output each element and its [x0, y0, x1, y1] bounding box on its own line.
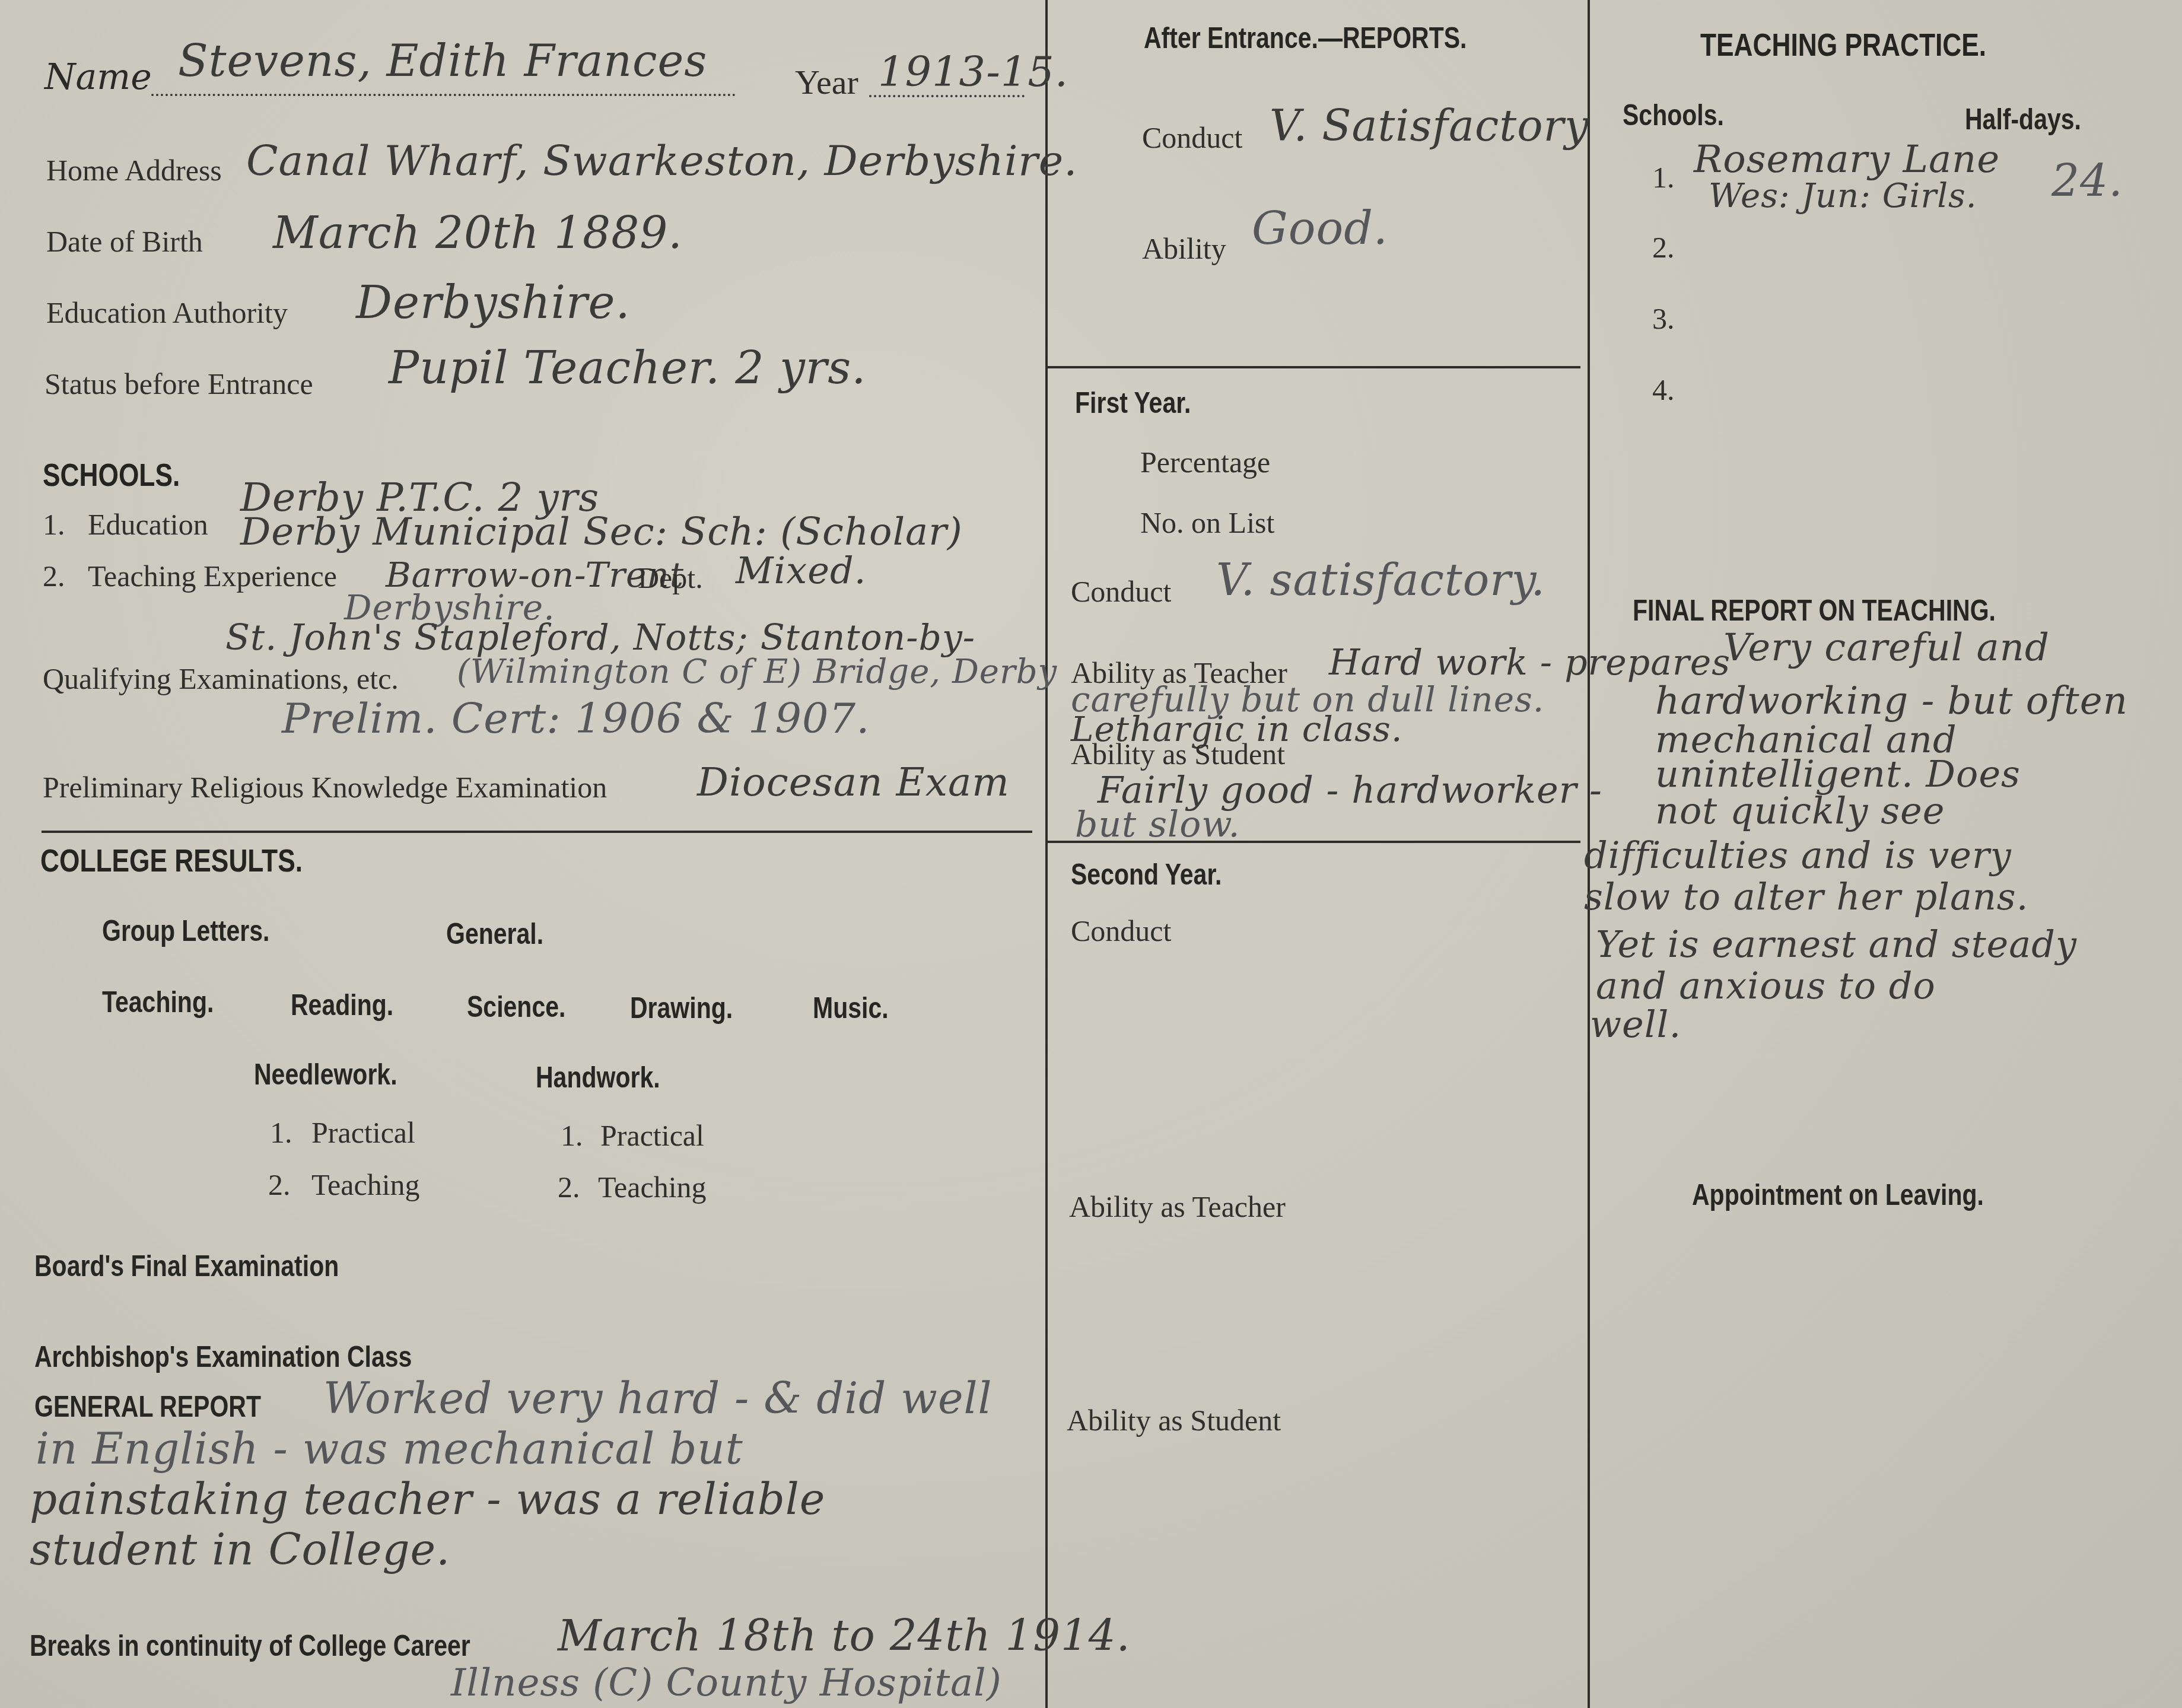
practice-row-1-num: 1. — [1652, 160, 1675, 195]
divider-middle-first-year — [1047, 366, 1580, 368]
final-report-line-1: Very careful and — [1723, 626, 2050, 670]
qualifying-label: Qualifying Examinations, etc. — [43, 661, 399, 696]
home-address-value: Canal Wharf, Swarkeston, Derbyshire. — [246, 136, 1077, 185]
fy-ability-teacher-line-1: Hard work - prepares — [1329, 642, 1731, 683]
teaching-exp-num: 2. — [43, 559, 65, 593]
final-report-line-9: and anxious to do — [1596, 964, 1936, 1007]
sy-ability-student-label: Ability as Student — [1067, 1403, 1281, 1437]
final-report-line-2: hardworking - but often — [1655, 679, 2128, 723]
fy-conduct-label: Conduct — [1071, 574, 1171, 609]
final-report-line-5: not quickly see — [1655, 789, 1945, 832]
prelim-religious-value: Diocesan Exam — [697, 759, 1010, 805]
general-report-line-3: painstaking teacher - was a reliable — [30, 1474, 825, 1524]
prelim-religious-label: Preliminary Religious Knowledge Examinat… — [43, 770, 607, 804]
archbishop-label: Archbishop's Examination Class — [34, 1340, 412, 1374]
education-num: 1. — [43, 507, 65, 542]
first-year-heading: First Year. — [1075, 386, 1191, 420]
final-report-line-8: Yet is earnest and steady — [1596, 923, 2077, 966]
subject-drawing: Drawing. — [630, 991, 733, 1025]
name-underline — [151, 94, 736, 96]
dob-label: Date of Birth — [46, 224, 203, 259]
second-year-heading: Second Year. — [1071, 857, 1222, 892]
college-results-heading: COLLEGE RESULTS. — [40, 842, 303, 879]
subject-reading: Reading. — [291, 988, 393, 1022]
dept-label: Dept. — [638, 561, 703, 595]
subject-teaching: Teaching. — [102, 985, 214, 1019]
boards-final-label: Board's Final Examination — [34, 1249, 339, 1283]
education-authority-label: Education Authority — [46, 295, 288, 330]
subject-science: Science. — [467, 990, 565, 1024]
schools-col-label: Schools. — [1623, 98, 1724, 132]
general-report-line-4: student in College. — [30, 1525, 450, 1575]
handwork-practical-num: 1. — [561, 1118, 583, 1153]
percentage-label: Percentage — [1140, 445, 1270, 479]
subject-music: Music. — [813, 991, 889, 1025]
final-report-line-7: slow to alter her plans. — [1584, 875, 2028, 918]
no-on-list-label: No. on List — [1140, 505, 1274, 540]
final-report-line-6: difficulties and is very — [1584, 834, 2012, 877]
dob-value: March 20th 1889. — [273, 208, 683, 259]
after-entrance-heading: After Entrance.—REPORTS. — [1144, 21, 1467, 55]
final-report-heading: FINAL REPORT ON TEACHING. — [1633, 593, 1996, 628]
status-label: Status before Entrance — [44, 367, 313, 401]
after-ability-value: Good. — [1252, 202, 1388, 255]
handwork-teaching-num: 2. — [558, 1170, 580, 1204]
after-conduct-value: V. Satisfactory — [1270, 101, 1589, 151]
practice-row-4-num: 4. — [1652, 373, 1675, 407]
dept-value: Mixed. — [736, 549, 866, 592]
education-label: Education — [88, 507, 208, 542]
after-ability-label: Ability — [1142, 231, 1226, 266]
needlework-label: Needlework. — [254, 1057, 397, 1092]
year-value: 1913-15. — [878, 47, 1068, 96]
status-value: Pupil Teacher. 2 yrs. — [389, 341, 866, 394]
practice-row-1-school: Rosemary Lane — [1694, 138, 2000, 182]
fy-conduct-value: V. satisfactory. — [1216, 555, 1545, 606]
fy-ability-student-line-2: but slow. — [1075, 804, 1241, 845]
fy-ability-student-label: Ability as Student — [1071, 737, 1285, 771]
breaks-value-2: Illness (C) County Hospital) — [451, 1661, 1002, 1705]
practice-row-1-school-2: Wes: Jun: Girls. — [1709, 177, 1977, 215]
general-label: General. — [446, 917, 543, 951]
teaching-exp-label: Teaching Experience — [88, 559, 337, 593]
schools-heading: SCHOOLS. — [43, 457, 180, 494]
name-label: Name — [44, 56, 152, 98]
handwork-teaching-label: Teaching — [598, 1170, 707, 1204]
name-value: Stevens, Edith Frances — [178, 36, 707, 87]
year-label: Year — [795, 62, 858, 102]
handwork-label: Handwork. — [536, 1060, 660, 1095]
group-letters-label: Group Letters. — [102, 914, 269, 948]
sy-conduct-label: Conduct — [1071, 914, 1171, 948]
general-report-line-2: in English - was mechanical but — [36, 1424, 743, 1474]
practice-row-1-halfdays: 24. — [2051, 155, 2123, 206]
handwork-practical-label: Practical — [600, 1118, 704, 1153]
needlework-teaching-num: 2. — [268, 1168, 291, 1202]
needlework-practical-num: 1. — [270, 1115, 292, 1150]
needlework-teaching-label: Teaching — [311, 1168, 420, 1202]
practice-row-3-num: 3. — [1652, 301, 1675, 336]
needlework-practical-label: Practical — [311, 1115, 415, 1150]
education-value-2: Derby Municipal Sec: Sch: (Scholar) — [240, 510, 963, 554]
record-card: Name Stevens, Edith Frances Year 1913-15… — [0, 0, 2182, 1708]
divider-left-college — [42, 831, 1032, 833]
qualifying-value: Prelim. Cert: 1906 & 1907. — [282, 694, 870, 743]
home-address-label: Home Address — [46, 153, 222, 187]
appointment-heading: Appointment on Leaving. — [1692, 1178, 1984, 1212]
practice-row-2-num: 2. — [1652, 230, 1675, 265]
breaks-value-1: March 18th to 24th 1914. — [558, 1611, 1131, 1661]
general-report-line-1: Worked very hard - & did well — [323, 1373, 993, 1423]
education-authority-value: Derbyshire. — [356, 276, 631, 329]
breaks-label: Breaks in continuity of College Career — [30, 1629, 470, 1663]
final-report-line-10: well. — [1590, 1003, 1681, 1046]
halfdays-col-label: Half-days. — [1965, 102, 2081, 136]
teaching-practice-heading: TEACHING PRACTICE. — [1700, 27, 1986, 63]
teaching-exp-value-4: (Wilmington C of E) Bridge, Derby — [457, 653, 1057, 691]
general-report-label: GENERAL REPORT — [34, 1389, 261, 1424]
after-conduct-label: Conduct — [1142, 120, 1242, 155]
sy-ability-teacher-label: Ability as Teacher — [1069, 1189, 1286, 1224]
column-divider-left — [1045, 0, 1048, 1708]
